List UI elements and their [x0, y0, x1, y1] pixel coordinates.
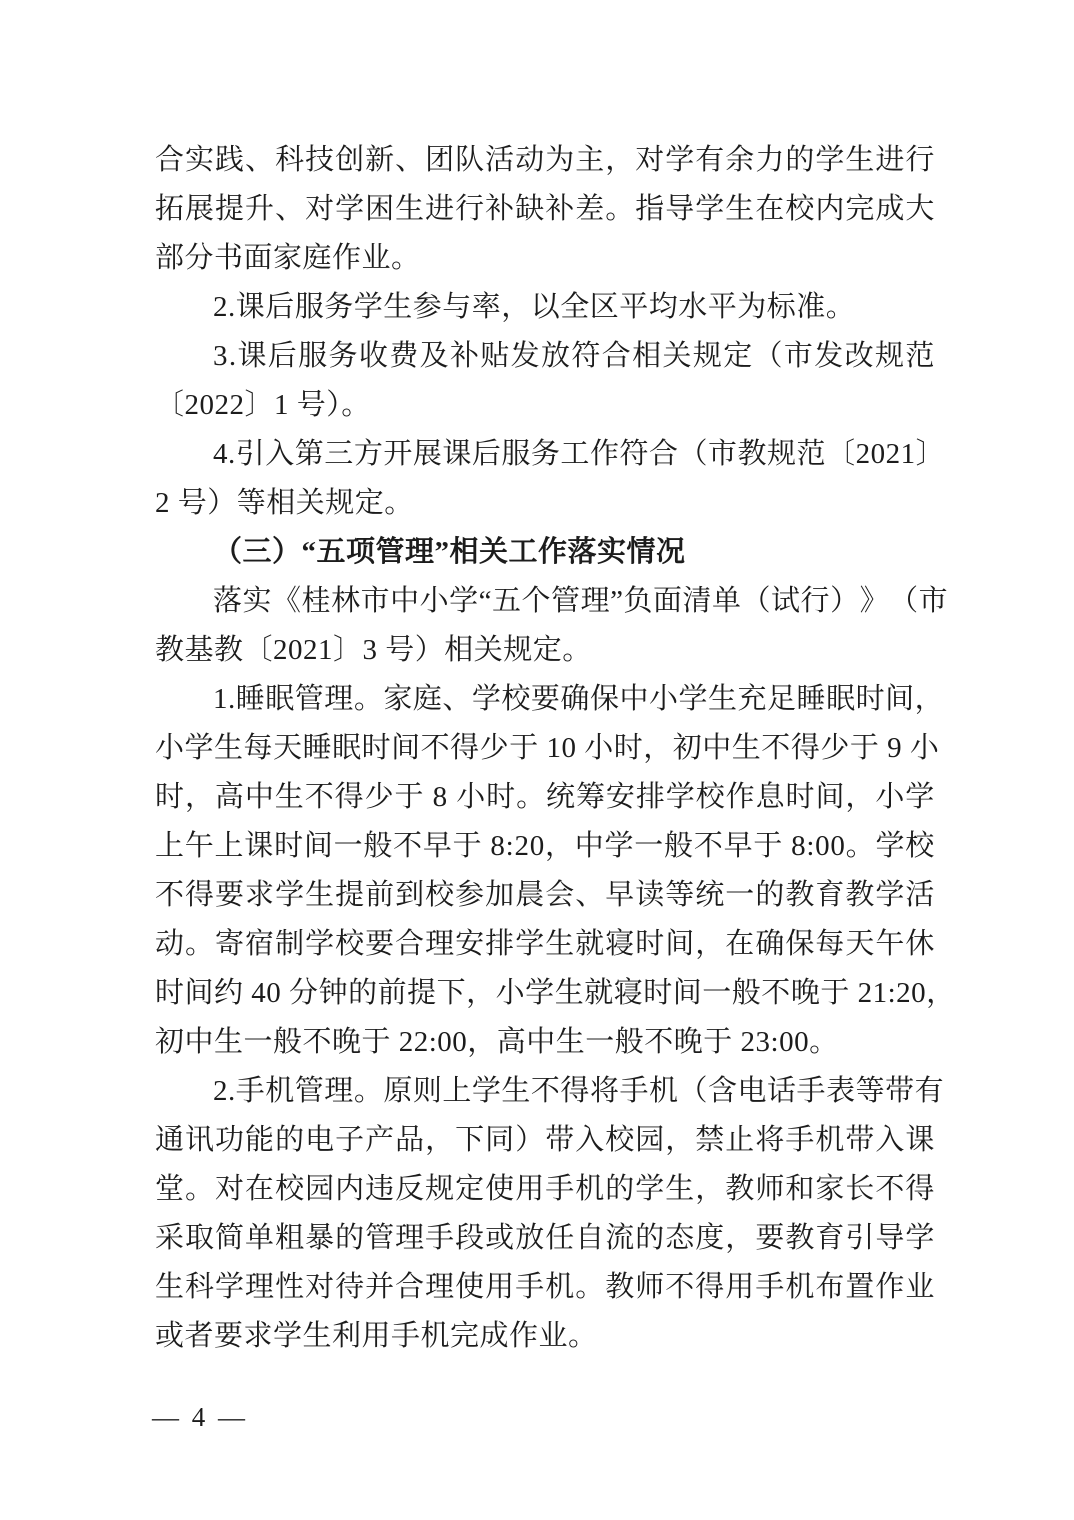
text-line: 时间约 40 分钟的前提下，小学生就寝时间一般不晚于 21:20，: [155, 969, 935, 1018]
paragraph: 合实践、科技创新、团队活动为主，对学有余力的学生进行 拓展提升、对学困生进行补缺…: [155, 136, 935, 283]
text-line: 动。寄宿制学校要合理安排学生就寝时间，在确保每天午休: [155, 920, 935, 969]
text-line: 1.睡眠管理。家庭、学校要确保中小学生充足睡眠时间，: [155, 675, 935, 724]
paragraph: 3.课后服务收费及补贴发放符合相关规定（市发改规范 〔2022〕1 号）。: [155, 332, 935, 430]
paragraph: 2.课后服务学生参与率，以全区平均水平为标准。: [155, 283, 935, 332]
page-number: — 4 —: [152, 1400, 248, 1434]
text-line: 上午上课时间一般不早于 8:20，中学一般不早于 8:00。学校: [155, 822, 935, 871]
text-line: 初中生一般不晚于 22:00，高中生一般不晚于 23:00。: [155, 1018, 935, 1067]
text-line: 教基教〔2021〕3 号）相关规定。: [155, 626, 935, 675]
text-line: 2.手机管理。原则上学生不得将手机（含电话手表等带有: [155, 1067, 935, 1116]
document-page: 合实践、科技创新、团队活动为主，对学有余力的学生进行 拓展提升、对学困生进行补缺…: [0, 0, 1074, 1520]
text-line: 拓展提升、对学困生进行补缺补差。指导学生在校内完成大: [155, 185, 935, 234]
section-heading-text: （三）“五项管理”相关工作落实情况: [155, 528, 935, 577]
paragraph: 2.手机管理。原则上学生不得将手机（含电话手表等带有 通讯功能的电子产品，下同）…: [155, 1067, 935, 1361]
text-line: 或者要求学生利用手机完成作业。: [155, 1312, 935, 1361]
text-line: 时，高中生不得少于 8 小时。统筹安排学校作息时间，小学: [155, 773, 935, 822]
text-line: 不得要求学生提前到校参加晨会、早读等统一的教育教学活: [155, 871, 935, 920]
text-line: 2.课后服务学生参与率，以全区平均水平为标准。: [155, 283, 935, 332]
text-line: 〔2022〕1 号）。: [155, 381, 935, 430]
paragraph: 1.睡眠管理。家庭、学校要确保中小学生充足睡眠时间， 小学生每天睡眠时间不得少于…: [155, 675, 935, 1067]
text-line: 合实践、科技创新、团队活动为主，对学有余力的学生进行: [155, 136, 935, 185]
text-line: 生科学理性对待并合理使用手机。教师不得用手机布置作业: [155, 1263, 935, 1312]
text-line: 堂。对在校园内违反规定使用手机的学生，教师和家长不得: [155, 1165, 935, 1214]
document-body: 合实践、科技创新、团队活动为主，对学有余力的学生进行 拓展提升、对学困生进行补缺…: [155, 136, 935, 1361]
text-line: 4.引入第三方开展课后服务工作符合（市教规范〔2021〕: [155, 430, 935, 479]
paragraph: 落实《桂林市中小学“五个管理”负面清单（试行）》（市 教基教〔2021〕3 号）…: [155, 577, 935, 675]
section-heading: （三）“五项管理”相关工作落实情况: [155, 528, 935, 577]
paragraph: 4.引入第三方开展课后服务工作符合（市教规范〔2021〕 2 号）等相关规定。: [155, 430, 935, 528]
text-line: 部分书面家庭作业。: [155, 234, 935, 283]
text-line: 通讯功能的电子产品，下同）带入校园，禁止将手机带入课: [155, 1116, 935, 1165]
text-line: 落实《桂林市中小学“五个管理”负面清单（试行）》（市: [155, 577, 935, 626]
text-line: 3.课后服务收费及补贴发放符合相关规定（市发改规范: [155, 332, 935, 381]
text-line: 小学生每天睡眠时间不得少于 10 小时，初中生不得少于 9 小: [155, 724, 935, 773]
text-line: 采取简单粗暴的管理手段或放任自流的态度，要教育引导学: [155, 1214, 935, 1263]
text-line: 2 号）等相关规定。: [155, 479, 935, 528]
